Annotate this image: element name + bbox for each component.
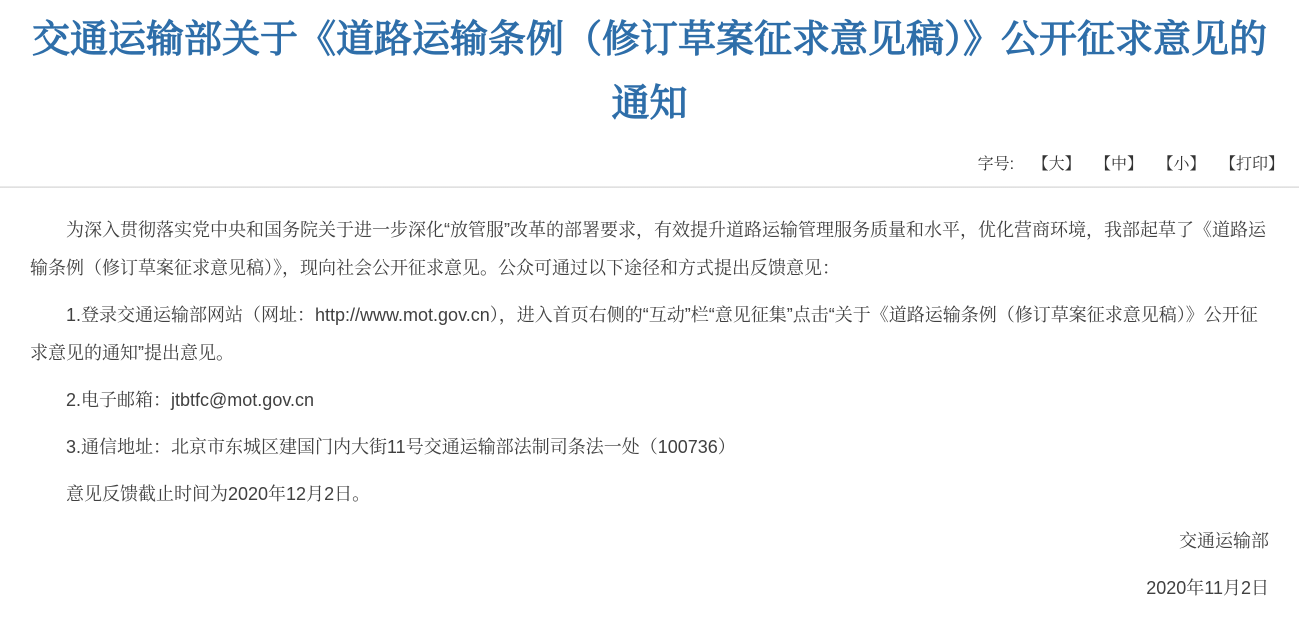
paragraph-deadline: 意见反馈截止时间为2020年12月2日。: [30, 475, 1269, 513]
notice-page: 交通运输部关于《道路运输条例（修订草案征求意见稿）》公开征求意见的通知 字号: …: [0, 0, 1299, 620]
font-size-medium-button[interactable]: 【中】: [1095, 156, 1143, 173]
page-title: 交通运输部关于《道路运输条例（修订草案征求意见稿）》公开征求意见的通知: [19, 0, 1281, 136]
font-size-large-button[interactable]: 【大】: [1033, 156, 1081, 173]
paragraph-intro: 为深入贯彻落实党中央和国务院关于进一步深化“放管服”改革的部署要求，有效提升道路…: [30, 211, 1269, 287]
print-button[interactable]: 【打印】: [1220, 156, 1284, 173]
font-size-toolbar: 字号: 【大】 【中】 【小】 【打印】: [0, 154, 1299, 186]
font-size-small-button[interactable]: 【小】: [1158, 156, 1206, 173]
paragraph-mail-address: 3.通信地址：北京市东城区建国门内大街11号交通运输部法制司条法一处（10073…: [30, 428, 1269, 466]
font-size-label: 字号:: [978, 156, 1014, 173]
paragraph-email-channel: 2.电子邮箱：jtbtfc@mot.gov.cn: [30, 381, 1269, 419]
paragraph-website-channel: 1.登录交通运输部网站（网址：http://www.mot.gov.cn），进入…: [30, 296, 1269, 372]
signature-date: 2020年11月2日: [30, 569, 1269, 607]
signature: 交通运输部: [30, 522, 1269, 560]
notice-body: 为深入贯彻落实党中央和国务院关于进一步深化“放管服”改革的部署要求，有效提升道路…: [0, 188, 1299, 607]
